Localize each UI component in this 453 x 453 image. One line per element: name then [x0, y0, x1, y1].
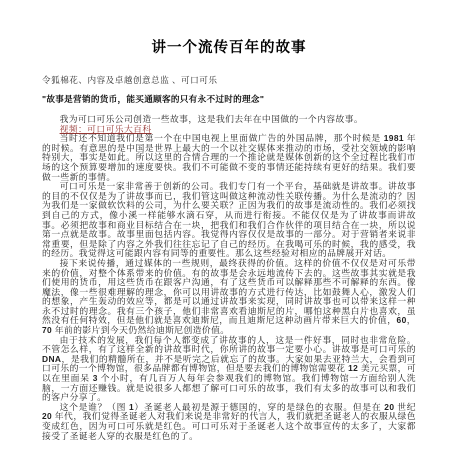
paragraph-story-currency: 接下来说传播，通过媒体的一些规则，最终获得的价值。这样的价值不仅仅是对可乐带来的…	[42, 259, 416, 336]
document-title: 讲一个流传百年的故事	[42, 36, 416, 57]
paragraph-storytelling-platform: 可口可乐是一家非常善于创新的公司。我们专门有一个平台，基础就是讲故事。讲故事的目…	[42, 182, 416, 259]
tagline-quote: "故事是营销的货币，能买通顾客的只有永不过时的理念"	[42, 93, 416, 105]
paragraph-santa-claus: 这个是谁？（图 1）圣诞老人最初是源于德国的，穿的是绿色的衣服。但是在 20 世…	[42, 403, 416, 441]
byline: 令狐棉花、内容及卓越创意总监 、可口可乐	[42, 74, 416, 86]
paragraph-museum-dna: 由于技术的发展，我们每个人都变成了讲故事的人，这是一件好事，同时也非常危险。不管…	[42, 336, 416, 403]
document-page: 讲一个流传百年的故事 令狐棉花、内容及卓越创意总监 、可口可乐 "故事是营销的货…	[0, 0, 453, 453]
paragraph-1981-brand: 当时还不知道我们是第一个在中国电视上里面做广告的外国品牌，那个时候是 1981 …	[42, 134, 416, 182]
